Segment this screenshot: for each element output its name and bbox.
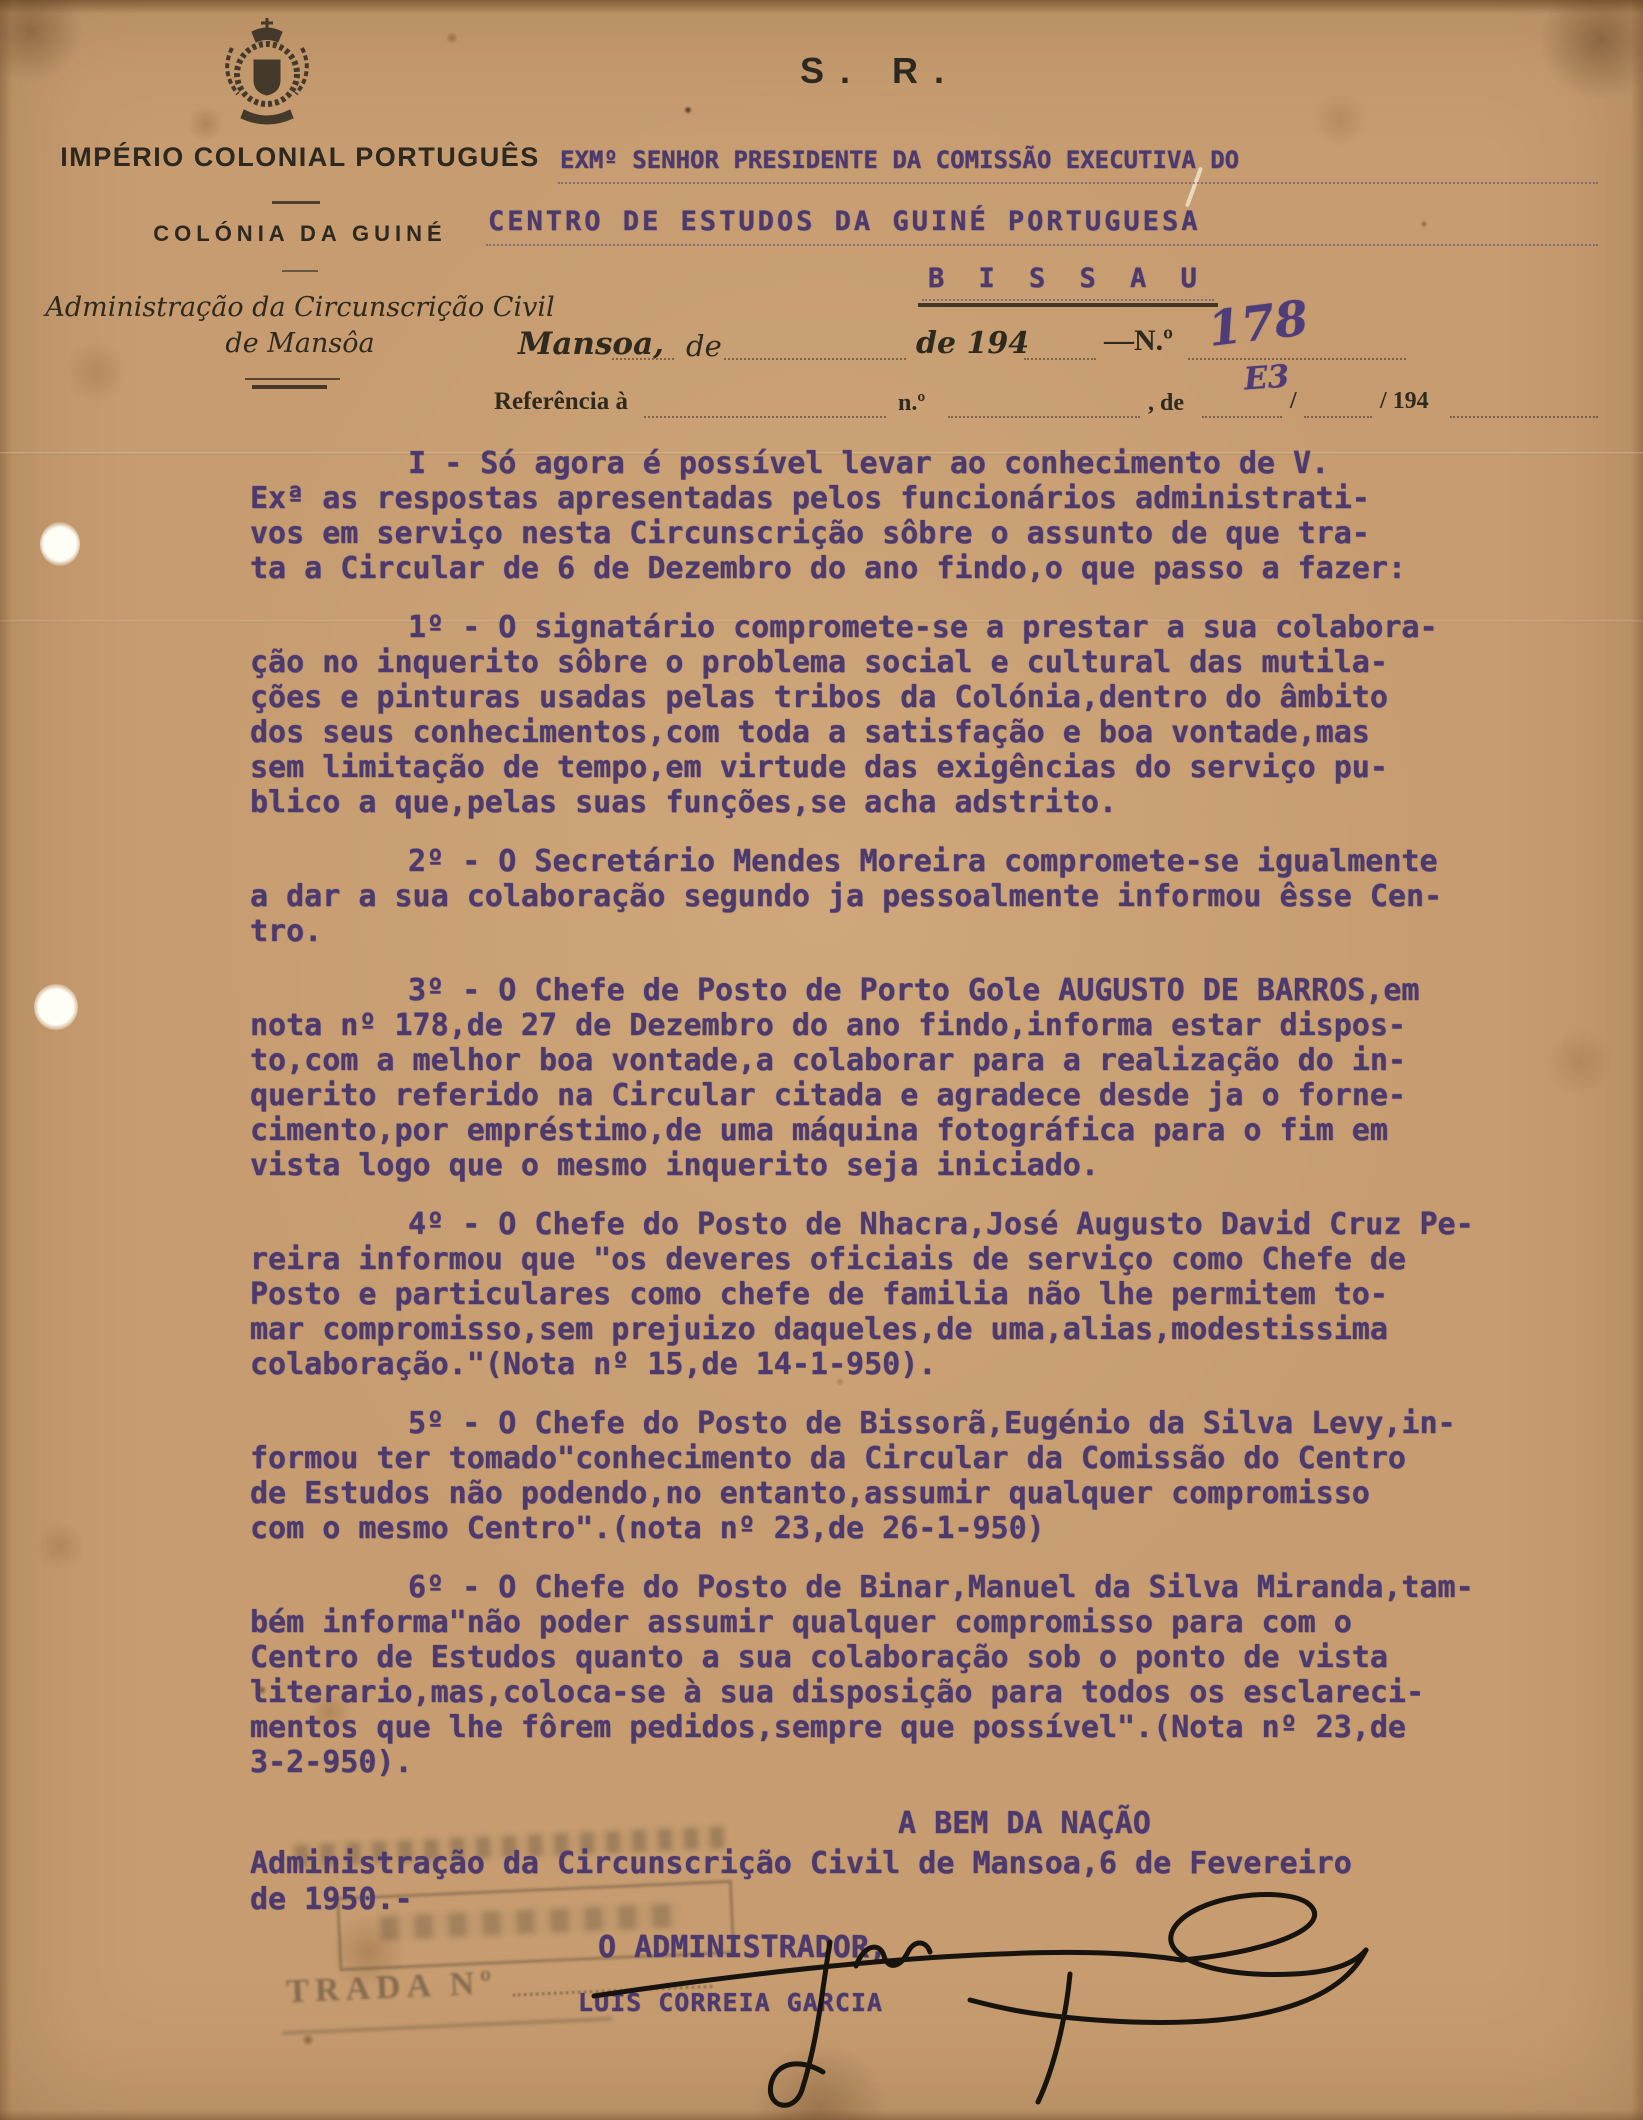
divider	[282, 270, 318, 272]
body-line: cimento,por empréstimo,de uma máquina fo…	[250, 1113, 1450, 1148]
body-line: colaboração."(Nota nº 15,de 14-1-950).	[250, 1347, 1450, 1382]
body-line: 5º - O Chefe do Posto de Bissorã,Eugénio…	[250, 1406, 1450, 1441]
paragraph-4: 4º - O Chefe do Posto de Nhacra,José Aug…	[250, 1207, 1450, 1382]
form-dotted-line	[1450, 394, 1598, 418]
empire-title: IMPÉRIO COLONIAL PORTUGUÊS	[40, 142, 560, 173]
body-line: mar compromisso,sem prejuizo daqueles,de…	[250, 1312, 1450, 1347]
paragraph-1: 1º - O signatário compromete-se a presta…	[250, 610, 1450, 820]
dateline-de: de	[686, 329, 722, 363]
body-line: formou ter tomado"conhecimento da Circul…	[250, 1441, 1450, 1476]
service-of-republic-initials: S. R.	[800, 50, 960, 92]
body-line: com o mesmo Centro".(nota nº 23,de 26-1-…	[250, 1511, 1450, 1546]
addressee-line2: CENTRO DE ESTUDOS DA GUINÉ PORTUGUESA	[488, 206, 1200, 237]
coat-of-arms-icon	[212, 14, 322, 128]
body-line: ções e pinturas usadas pelas tribos da C…	[250, 680, 1450, 715]
body-line: vos em serviço nesta Circunscrição sôbre…	[250, 516, 1450, 551]
administration-line2: de Mansôa	[30, 328, 570, 359]
reference-slash: /	[1290, 388, 1297, 415]
body-line: nota nº 178,de 27 de Dezembro do ano fin…	[250, 1008, 1450, 1043]
handwritten-annotation: E3	[1243, 358, 1291, 397]
body-line: a dar a sua colaboração segundo ja pesso…	[250, 879, 1450, 914]
body-line: to,com a melhor boa vontade,a colaborar …	[250, 1043, 1450, 1078]
body-line: tro.	[250, 914, 1450, 949]
body-line: querito referido na Circular citada e ag…	[250, 1078, 1450, 1113]
form-dotted-line	[1202, 394, 1282, 418]
form-dotted-line	[612, 334, 674, 360]
divider	[252, 385, 327, 389]
body-line: 3-2-950).	[250, 1745, 1450, 1780]
body-line: 4º - O Chefe do Posto de Nhacra,José Aug…	[250, 1207, 1450, 1242]
paragraph-0: I - Só agora é possível levar ao conheci…	[250, 446, 1450, 586]
body-line: sem limitação de tempo,em virtude das ex…	[250, 750, 1450, 785]
body-line: ta a Circular de 6 de Dezembro do ano fi…	[250, 551, 1450, 586]
dateline-number-label: —N.º	[1104, 324, 1173, 358]
reference-year-label: / 194	[1380, 388, 1429, 415]
closing-motto: A BEM DA NAÇÃO	[898, 1806, 1151, 1841]
body-line: bém informa"não poder assumir qualquer c…	[250, 1605, 1450, 1640]
stamp-text: TRADA Nº	[286, 1964, 499, 2011]
body-text: I - Só agora é possível levar ao conheci…	[250, 446, 1450, 1804]
body-line: Centro de Estudos quanto a sua colaboraç…	[250, 1640, 1450, 1675]
form-dotted-line	[724, 334, 906, 360]
administration-line1: Administração da Circunscrição Civil	[30, 292, 570, 323]
body-line: 6º - O Chefe do Posto de Binar,Manuel da…	[250, 1570, 1450, 1605]
addressee-city: B I S S A U	[928, 263, 1206, 294]
dateline-year-prefix: de 194	[916, 326, 1029, 361]
form-dotted-line	[644, 394, 886, 418]
divider	[245, 378, 340, 380]
body-line: ção no inquerito sôbre o problema social…	[250, 645, 1450, 680]
paragraph-5: 5º - O Chefe do Posto de Bissorã,Eugénio…	[250, 1406, 1450, 1546]
form-dotted-line	[1304, 394, 1372, 418]
addressee-line1: EXMº SENHOR PRESIDENTE DA COMISSÃO EXECU…	[560, 146, 1239, 174]
body-line: Exª as respostas apresentadas pelos func…	[250, 481, 1450, 516]
body-line: 3º - O Chefe de Posto de Porto Gole AUGU…	[250, 973, 1450, 1008]
body-line: 2º - O Secretário Mendes Moreira comprom…	[250, 844, 1450, 879]
divider	[272, 201, 320, 204]
body-line: blico a que,pelas suas funções,se acha a…	[250, 785, 1450, 820]
paragraph-3: 3º - O Chefe de Posto de Porto Gole AUGU…	[250, 973, 1450, 1183]
colony-title: COLÓNIA DA GUINÉ	[40, 221, 560, 247]
body-line: 1º - O signatário compromete-se a presta…	[250, 610, 1450, 645]
body-line: dos seus conhecimentos,com toda a satisf…	[250, 715, 1450, 750]
form-dotted-line	[948, 394, 1140, 418]
body-line: I - Só agora é possível levar ao conheci…	[250, 446, 1450, 481]
closing-place-date-line2: de 1950.-	[250, 1882, 413, 1917]
body-line: Posto e particulares como chefe de famil…	[250, 1277, 1450, 1312]
document-page: S. R. IMPÉRIO COLONIAL PORTUGUÊS COLÓNIA…	[0, 0, 1643, 2120]
body-line: mentos que lhe fôrem pedidos,sempre que …	[250, 1710, 1450, 1745]
body-line: reira informou que "os deveres oficiais …	[250, 1242, 1450, 1277]
signature-icon	[530, 1878, 1380, 2118]
body-line: de Estudos não podendo,no entanto,assumi…	[250, 1476, 1450, 1511]
closing-place-date-line1: Administração da Circunscrição Civil de …	[250, 1846, 1352, 1881]
underline-rule	[918, 303, 1218, 307]
punch-hole	[40, 522, 80, 566]
form-dotted-line	[1024, 334, 1096, 360]
punch-hole	[34, 984, 78, 1030]
reference-label: Referência à	[494, 388, 628, 416]
body-line: literario,mas,coloca-se à sua disposição…	[250, 1675, 1450, 1710]
reference-de-label: , de	[1148, 390, 1184, 417]
paragraph-2: 2º - O Secretário Mendes Moreira comprom…	[250, 844, 1450, 949]
reference-number-label: n.º	[898, 390, 925, 417]
paragraph-6: 6º - O Chefe do Posto de Binar,Manuel da…	[250, 1570, 1450, 1780]
body-line: vista logo que o mesmo inquerito seja in…	[250, 1148, 1450, 1183]
